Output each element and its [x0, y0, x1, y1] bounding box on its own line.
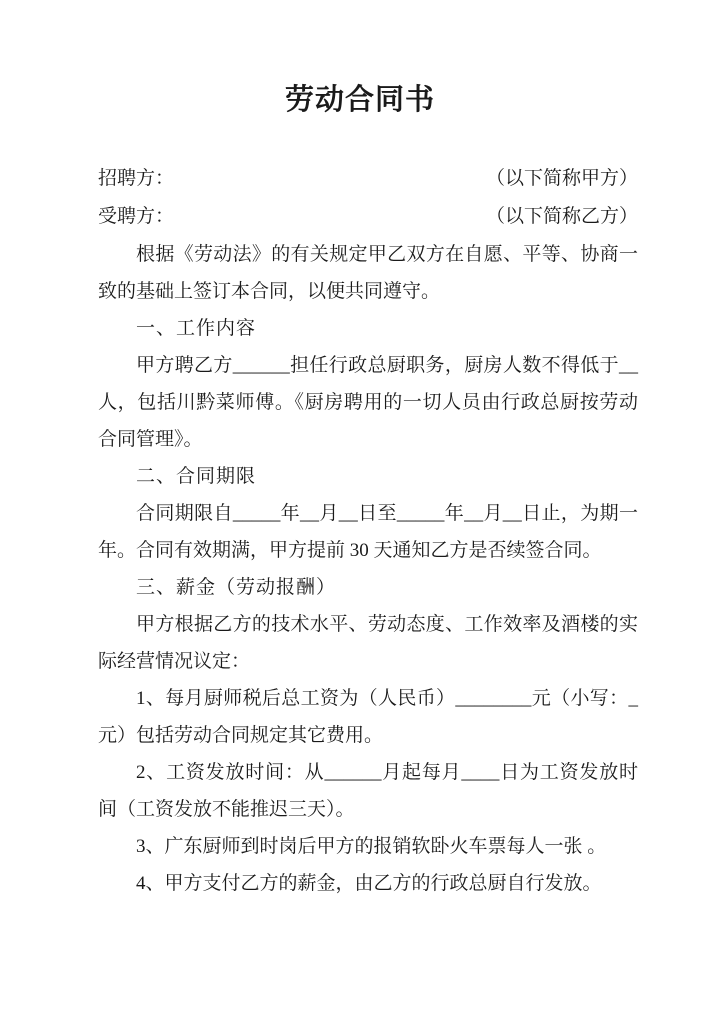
salary-item-3: 3、广东厨师到时岗后甲方的报销软卧火车票每人一张 。: [98, 828, 638, 865]
party-row-employee: 受聘方： （以下简称乙方）: [98, 198, 638, 236]
employer-alias-note: （以下简称甲方）: [486, 160, 638, 198]
salary-item-4: 4、甲方支付乙方的薪金，由乙方的行政总厨自行发放。: [98, 865, 638, 902]
party-row-employer: 招聘方： （以下简称甲方）: [98, 160, 638, 198]
section-2-heading: 二、合同期限: [98, 458, 638, 495]
section-2-paragraph: 合同期限自_____年__月__日至_____年__月__日止，为期一年。合同有…: [98, 495, 638, 569]
contract-body: 根据《劳动法》的有关规定甲乙双方在自愿、平等、协商一致的基础上签订本合同，以便共…: [98, 236, 638, 902]
contract-page: 劳动合同书 招聘方： （以下简称甲方） 受聘方： （以下简称乙方） 根据《劳动法…: [0, 0, 720, 1017]
salary-item-1: 1、每月厨师税后总工资为（人民币）________元（小写：_元）包括劳动合同规…: [98, 680, 638, 754]
salary-item-2: 2、工资发放时间：从______月起每月____日为工资发放时间（工资发放不能推…: [98, 754, 638, 828]
employer-label: 招聘方：: [98, 160, 174, 198]
employee-alias-note: （以下简称乙方）: [486, 198, 638, 236]
parties-block: 招聘方： （以下简称甲方） 受聘方： （以下简称乙方）: [98, 160, 638, 236]
section-3-intro-paragraph: 甲方根据乙方的技术水平、劳动态度、工作效率及酒楼的实际经营情况议定：: [98, 606, 638, 680]
document-title: 劳动合同书: [0, 84, 720, 117]
employee-label: 受聘方：: [98, 198, 174, 236]
section-1-heading: 一、工作内容: [98, 310, 638, 347]
preamble-paragraph: 根据《劳动法》的有关规定甲乙双方在自愿、平等、协商一致的基础上签订本合同，以便共…: [98, 236, 638, 310]
section-1-paragraph: 甲方聘乙方______担任行政总厨职务，厨房人数不得低于__人，包括川黔菜师傅。…: [98, 347, 638, 458]
section-3-heading: 三、薪金（劳动报酬）: [98, 569, 638, 606]
